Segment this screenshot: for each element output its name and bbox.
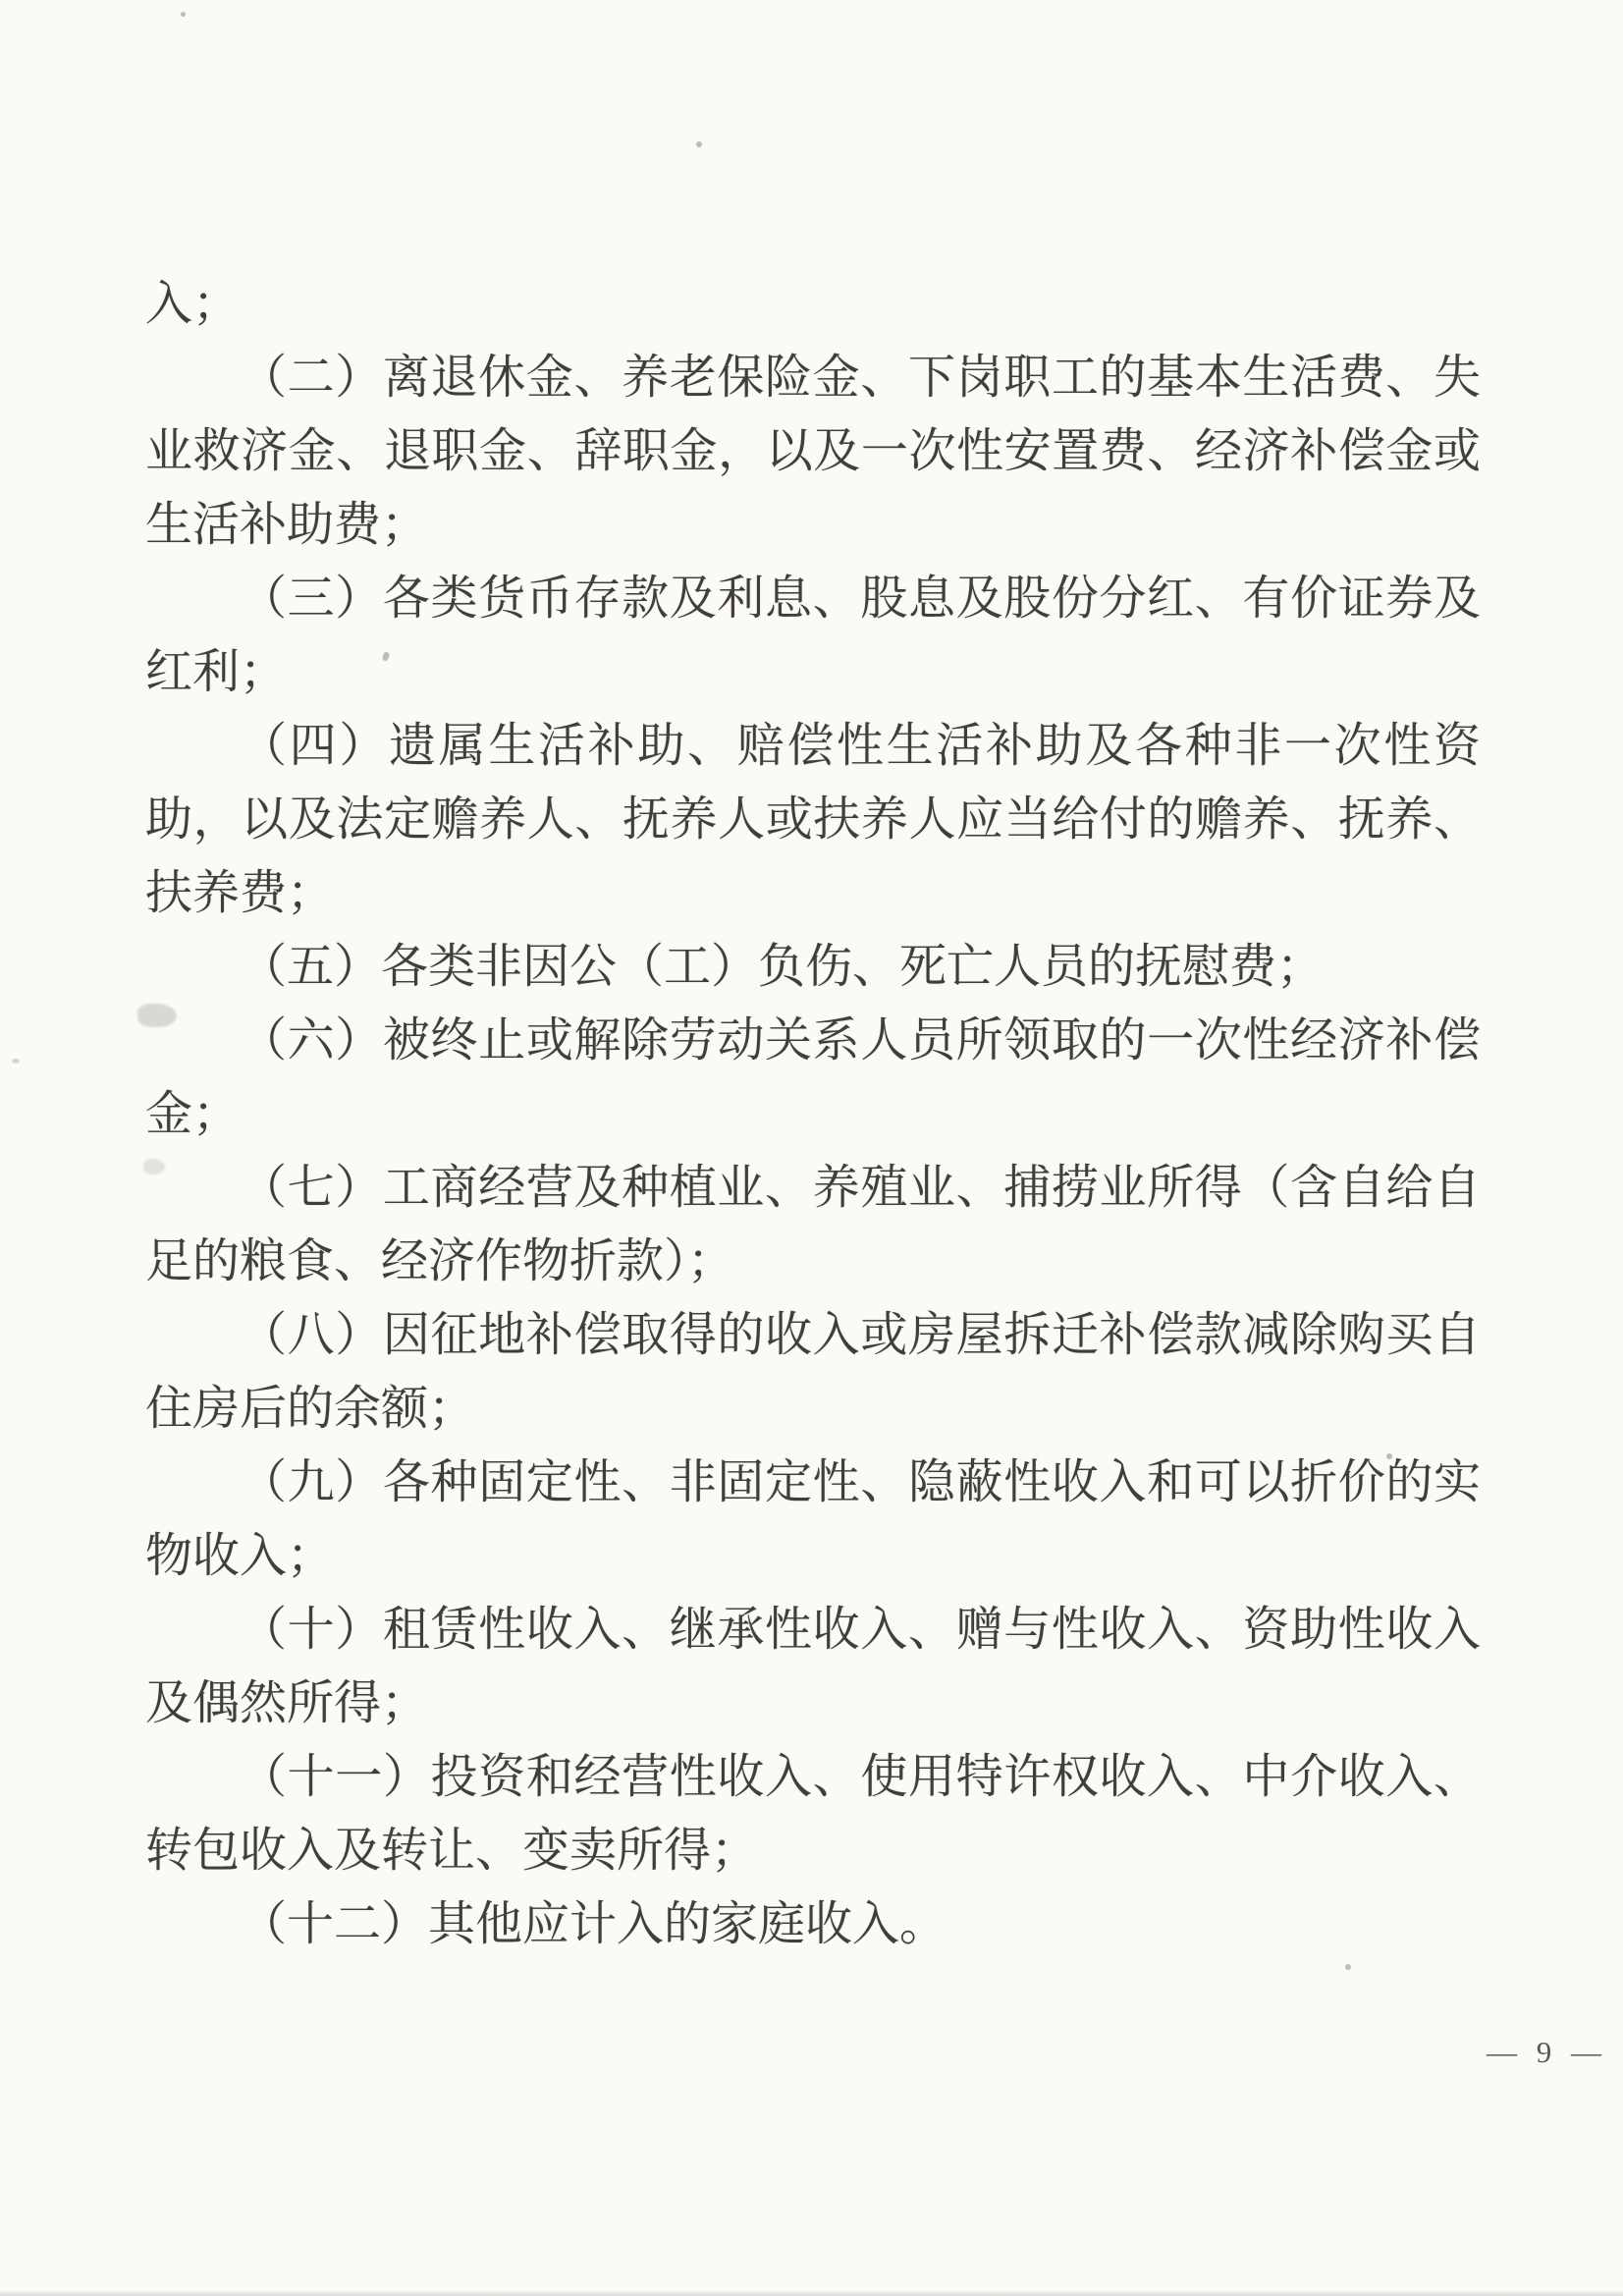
document-line: （六）被终止或解除劳动关系人员所领取的一次性经济补偿 — [145, 1004, 1481, 1077]
document-line: （五）各类非因公（工）负伤、死亡人员的抚慰费； — [145, 930, 1481, 1004]
document-line: 物收入； — [145, 1519, 1481, 1593]
scan-speck — [696, 141, 702, 147]
scan-speck — [181, 12, 186, 17]
document-line: （三）各类货币存款及利息、股息及股份分红、有价证券及 — [145, 562, 1481, 635]
document-line: 及偶然所得； — [145, 1667, 1481, 1740]
document-line: 红利； — [145, 635, 1481, 709]
document-line: 转包收入及转让、变卖所得； — [145, 1814, 1481, 1887]
document-body: 入； （二）离退休金、养老保险金、下岗职工的基本生活费、失 业救济金、退职金、辞… — [145, 267, 1481, 1961]
scan-speck — [1386, 1453, 1392, 1459]
document-line: （九）各种固定性、非固定性、隐蔽性收入和可以折价的实 — [145, 1446, 1481, 1519]
document-line: （十二）其他应计入的家庭收入。 — [145, 1887, 1481, 1961]
scan-speck — [1345, 1964, 1351, 1970]
document-line: 扶养费； — [145, 856, 1481, 930]
scan-smudge — [143, 1159, 165, 1175]
document-line: （七）工商经营及种植业、养殖业、捕捞业所得（含自给自 — [145, 1151, 1481, 1225]
scan-speck — [12, 1059, 20, 1064]
document-line: 业救济金、退职金、辞职金，以及一次性安置费、经济补偿金或 — [145, 414, 1481, 488]
document-line: （四）遗属生活补助、赔偿性生活补助及各种非一次性资 — [145, 709, 1481, 783]
document-line: （十一）投资和经营性收入、使用特许权收入、中介收入、 — [145, 1740, 1481, 1814]
document-line: 助，以及法定赡养人、抚养人或扶养人应当给付的赡养、抚养、 — [145, 783, 1481, 856]
document-line: 住房后的余额； — [145, 1372, 1481, 1446]
document-line: 足的粮食、经济作物折款）； — [145, 1225, 1481, 1298]
document-line: （二）离退休金、养老保险金、下岗职工的基本生活费、失 — [145, 341, 1481, 414]
document-line: 生活补助费； — [145, 488, 1481, 562]
page-number: — 9 — — [1487, 2035, 1607, 2070]
scanned-document-page: 入； （二）离退休金、养老保险金、下岗职工的基本生活费、失 业救济金、退职金、辞… — [0, 0, 1623, 2296]
document-line: （十）租赁性收入、继承性收入、赠与性收入、资助性收入 — [145, 1593, 1481, 1667]
document-line: 金； — [145, 1077, 1481, 1151]
document-line: 入； — [145, 267, 1481, 341]
scan-smudge — [137, 1004, 177, 1027]
document-line: （八）因征地补偿取得的收入或房屋拆迁补偿款减除购买自 — [145, 1298, 1481, 1372]
